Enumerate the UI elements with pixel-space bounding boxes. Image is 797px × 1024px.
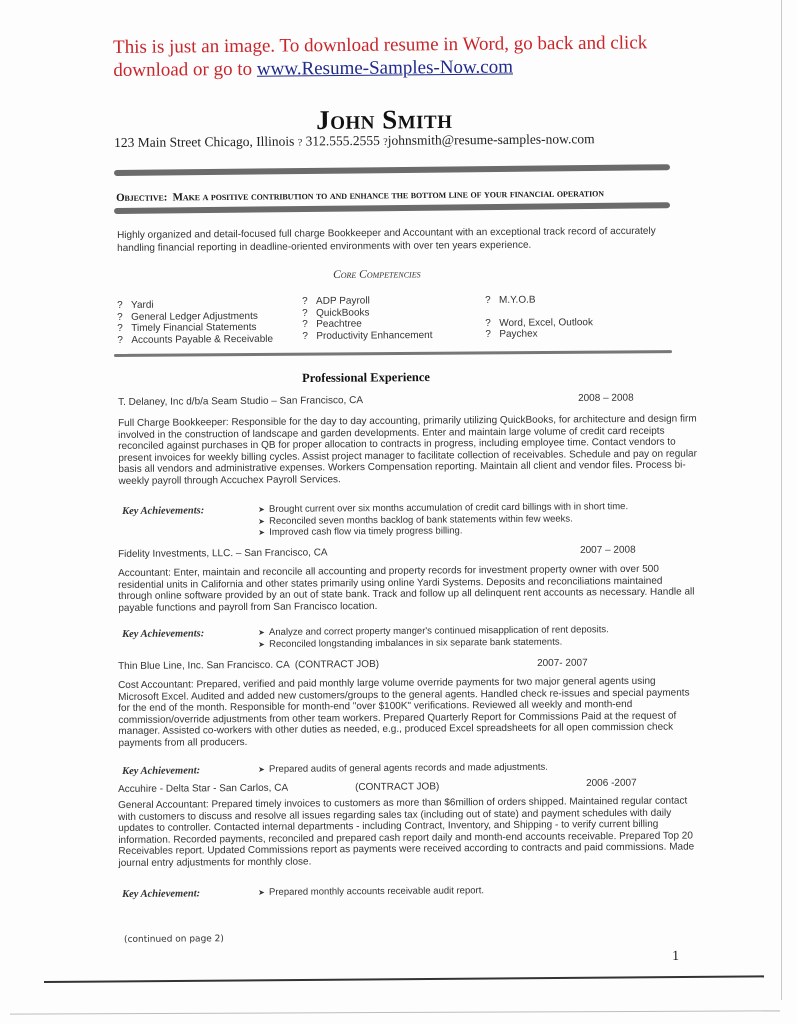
competency-label: Accounts Payable & Receivable [131,333,273,345]
arrow-bullet-icon: ➤ [258,638,269,650]
achievement-text: Reconciled seven months backlog of bank … [269,513,573,526]
arrow-bullet-icon: ➤ [258,887,269,899]
competency-item: ?QuickBooks [302,306,432,319]
bullet-glyph: ? [302,319,316,331]
bullet-glyph: ? [302,296,316,308]
bullet-glyph: ? [117,334,131,346]
competency-item: ?Word, Excel, Outlook [485,317,593,329]
arrow-bullet-icon: ➤ [258,627,269,639]
objective: Objective: Make a positive contribution … [116,187,604,204]
competency-label: General Ledger Adjustments [131,310,258,322]
bullet-glyph: ? [485,317,499,329]
job-dates: 2006 -2007 [586,778,637,789]
achievement-text: Improved cash flow via timely progress b… [269,525,462,538]
achievement-item: ➤Reconciled longstanding imbalances in s… [258,636,609,650]
competency-item: ?Productivity Enhancement [302,329,432,342]
job-description: Full Charge Bookkeeper: Responsible for … [118,413,699,487]
divider-bar [114,202,670,214]
competencies-title: Core Competencies [333,268,421,281]
contact-line: 123 Main Street Chicago, Illinois ? 312.… [114,131,595,151]
job-description: General Accountant: Prepared timely invo… [118,795,699,869]
competencies-column: ?ADP Payroll?QuickBooks?Peachtree?Produc… [302,295,433,342]
arrow-bullet-icon: ➤ [258,527,269,539]
achievements-list: ➤Prepared monthly accounts receivable au… [258,885,484,898]
achievement-text: Prepared audits of general agents record… [269,762,548,775]
employer-name: T. Delaney, Inc d/b/a Seam Studio – San … [118,395,363,408]
competencies-column: ?M.Y.O.B?Word, Excel, Outlook?Paychex [485,294,593,340]
page-edge-bottom [10,1010,780,1014]
employer-name: Accuhire - Delta Star - San Carlos, CA [118,783,288,795]
bullet-glyph: ? [302,330,316,342]
website-link[interactable]: www.Resume-Samples-Now.com [257,57,513,80]
contract-tag: (CONTRACT JOB) [289,659,379,671]
achievement-item: ➤Prepared audits of general agents recor… [258,762,548,776]
competency-item: ?M.Y.O.B [485,294,593,306]
achievement-item: ➤Improved cash flow via timely progress … [258,524,628,538]
phone: 312.555.2555 [306,133,380,149]
job-dates: 2007- 2007 [537,658,588,669]
key-achievements-label: Key Achievement: [122,888,200,900]
key-achievements-label: Key Achievements: [122,628,204,640]
page-number: 1 [672,949,679,965]
page-edge [781,0,782,1000]
separator-glyph: ? [298,138,303,149]
job-employer: Fidelity Investments, LLC. – San Francis… [118,547,328,560]
footer-rule [44,975,764,982]
employer-name: Thin Blue Line, Inc. San Francisco. CA [118,660,289,672]
competency-item: ?Accounts Payable & Receivable [117,333,273,346]
contract-tag: (CONTRACT JOB) [355,781,439,793]
candidate-name: John Smith [316,104,453,136]
key-achievements-label: Key Achievement: [122,765,200,777]
arrow-bullet-icon: ➤ [258,515,269,527]
objective-label: Objective: [116,192,167,204]
job-dates: 2007 – 2008 [580,545,636,556]
job-employer: Thin Blue Line, Inc. San Francisco. CA (… [118,659,379,672]
achievement-text: Reconciled longstanding imbalances in si… [269,636,562,649]
competency-label: Productivity Enhancement [316,329,432,341]
job-description: Cost Accountant: Prepared, verified and … [118,675,699,749]
achievement-item: ➤Prepared monthly accounts receivable au… [258,885,484,898]
competency-item: ?Paychex [485,328,593,340]
job-employer: Accuhire - Delta Star - San Carlos, CA [118,783,288,795]
job-dates: 2008 – 2008 [578,393,634,404]
achievements-list: ➤Prepared audits of general agents recor… [258,762,548,776]
competency-label: Word, Excel, Outlook [499,317,593,329]
bullet-glyph: ? [117,311,131,323]
bullet-glyph: ? [117,323,131,335]
achievements-list: ➤Brought current over six months accumul… [258,501,628,538]
competency-item: ?ADP Payroll [302,295,432,308]
divider-bar [114,350,672,357]
arrow-bullet-icon: ➤ [258,764,269,776]
achievement-text: Prepared monthly accounts receivable aud… [269,885,484,898]
section-title-experience: Professional Experience [302,370,430,386]
achievements-list: ➤Analyze and correct property manger's c… [258,624,609,650]
competency-label: M.Y.O.B [499,295,536,306]
competency-label: QuickBooks [316,307,369,318]
bullet-glyph: ? [485,329,499,341]
bullet-glyph: ? [302,307,316,319]
arrow-bullet-icon: ➤ [258,504,269,516]
competency-label: Paychex [499,329,537,340]
competency-label: Yardi [131,300,154,311]
bullet-glyph: ? [485,295,499,307]
competency-label: Peachtree [316,319,362,330]
bullet-glyph: ? [117,300,131,312]
job-description: Accountant: Enter, maintain and reconcil… [118,563,698,614]
job-employer: T. Delaney, Inc d/b/a Seam Studio – San … [118,395,363,408]
divider-bar [114,164,670,176]
email: johnsmith@resume-samples-now.com [388,131,595,148]
competency-label: ADP Payroll [316,295,370,306]
address: 123 Main Street Chicago, Illinois [114,134,294,150]
summary: Highly organized and detail-focused full… [117,225,677,255]
key-achievements-label: Key Achievements: [122,505,204,517]
download-notice: This is just an image. To download resum… [113,31,673,82]
employer-name: Fidelity Investments, LLC. – San Francis… [118,547,328,560]
competency-label: Timely Financial Statements [131,322,256,334]
competency-item: ?Peachtree [302,318,432,331]
continued-note: (continued on page 2) [124,934,224,945]
competencies-column: ?Yardi?General Ledger Adjustments?Timely… [117,299,273,346]
achievement-text: Brought current over six months accumula… [269,501,628,515]
objective-text: Make a positive contribution to and enha… [173,187,604,203]
